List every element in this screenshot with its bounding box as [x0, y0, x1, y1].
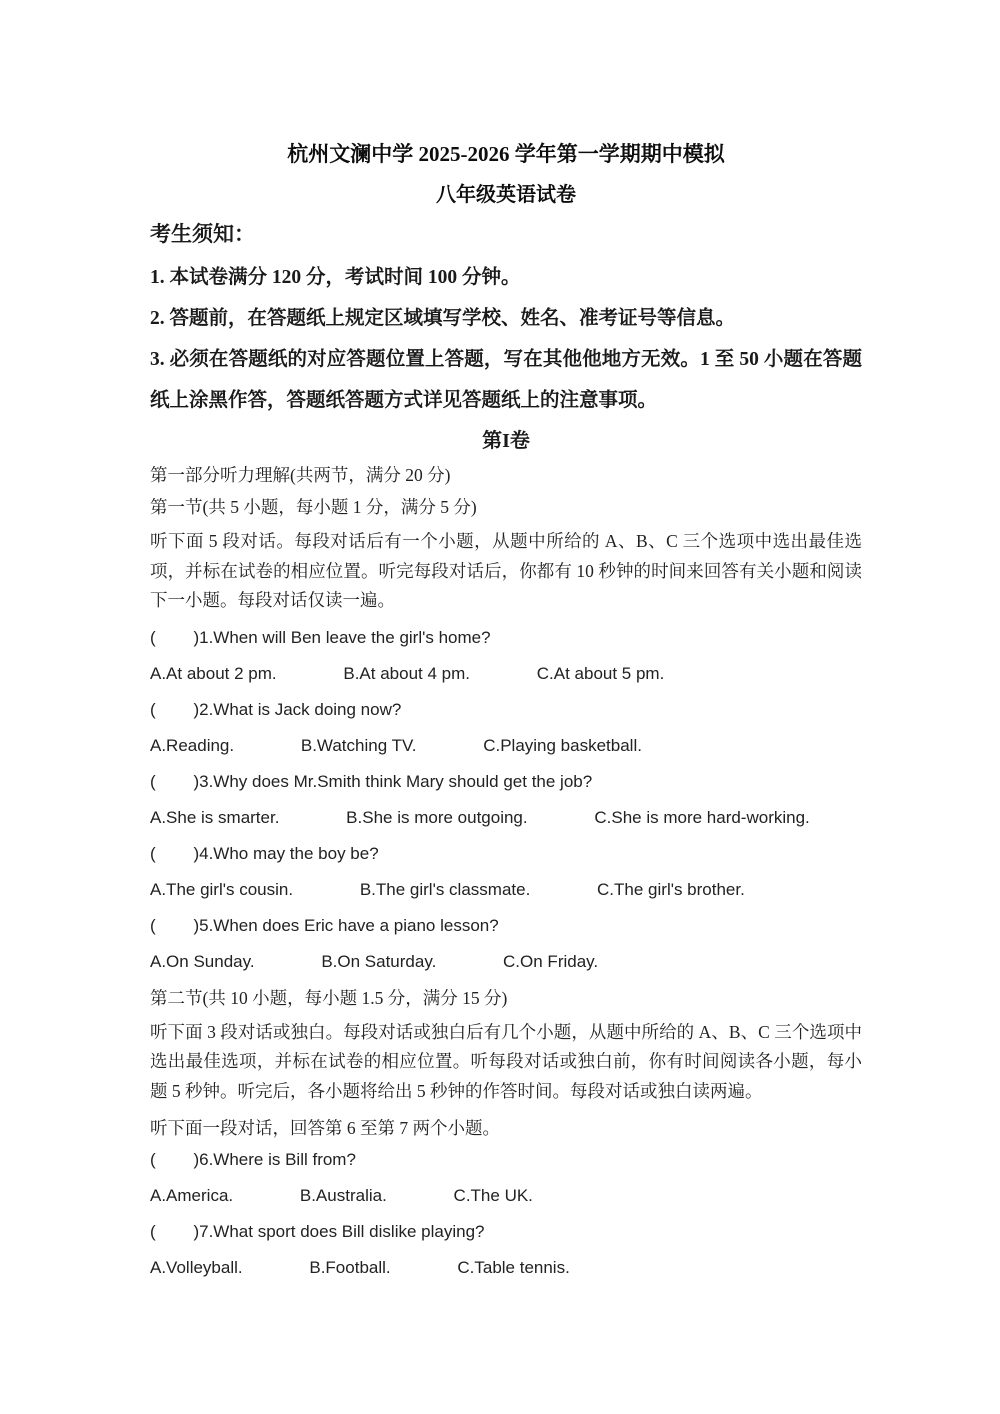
- question-4: ( )4.Who may the boy be? A.The girl's co…: [150, 842, 862, 902]
- question-5-option-b: B.On Saturday.: [321, 950, 436, 974]
- question-2-text: 2.What is Jack doing now?: [199, 700, 401, 719]
- answer-blank: ( ): [150, 844, 199, 863]
- question-3: ( )3.Why does Mr.Smith think Mary should…: [150, 770, 862, 830]
- answer-blank: ( ): [150, 700, 199, 719]
- exam-title: 杭州文澜中学 2025-2026 学年第一学期期中模拟: [150, 141, 862, 167]
- question-6-option-a: A.America.: [150, 1184, 233, 1208]
- question-1: ( )1.When will Ben leave the girl's home…: [150, 626, 862, 686]
- notice-item-3: 3. 必须在答题纸的对应答题位置上答题，写在其他他地方无效。1 至 50 小题在…: [150, 339, 862, 421]
- answer-blank: ( ): [150, 1222, 199, 1241]
- question-6-options: A.America. B.Australia. C.The UK.: [150, 1184, 862, 1208]
- question-3-option-b: B.She is more outgoing.: [346, 806, 527, 830]
- question-7-option-a: A.Volleyball.: [150, 1256, 243, 1280]
- question-5-options: A.On Sunday. B.On Saturday. C.On Friday.: [150, 950, 862, 974]
- volume-heading: 第I卷: [150, 428, 862, 454]
- question-6-text: 6.Where is Bill from?: [199, 1150, 356, 1169]
- answer-blank: ( ): [150, 1150, 199, 1169]
- notice-heading: 考生须知：: [150, 221, 862, 247]
- question-2-option-c: C.Playing basketball.: [483, 734, 642, 758]
- question-7-text: 7.What sport does Bill dislike playing?: [199, 1222, 484, 1241]
- answer-blank: ( ): [150, 916, 199, 935]
- node2-passage-intro: 听下面一段对话，回答第 6 至第 7 两个小题。: [150, 1116, 862, 1140]
- question-7-stem: ( )7.What sport does Bill dislike playin…: [150, 1220, 862, 1244]
- question-3-option-a: A.She is smarter.: [150, 806, 279, 830]
- question-7: ( )7.What sport does Bill dislike playin…: [150, 1220, 862, 1280]
- notice-item-2: 2. 答题前，在答题纸上规定区域填写学校、姓名、准考证号等信息。: [150, 298, 862, 339]
- node2-heading: 第二节(共 10 小题，每小题 1.5 分，满分 15 分): [150, 986, 862, 1010]
- question-6-stem: ( )6.Where is Bill from?: [150, 1148, 862, 1172]
- question-2-options: A.Reading. B.Watching TV. C.Playing bask…: [150, 734, 862, 758]
- question-1-text: 1.When will Ben leave the girl's home?: [199, 628, 490, 647]
- question-4-option-b: B.The girl's classmate.: [360, 878, 530, 902]
- question-4-options: A.The girl's cousin. B.The girl's classm…: [150, 878, 862, 902]
- part-one-section-heading: 第一部分听力理解(共两节，满分 20 分): [150, 463, 862, 487]
- question-7-options: A.Volleyball. B.Football. C.Table tennis…: [150, 1256, 862, 1280]
- question-5: ( )5.When does Eric have a piano lesson?…: [150, 914, 862, 974]
- question-6-option-c: C.The UK.: [454, 1184, 533, 1208]
- question-2-option-a: A.Reading.: [150, 734, 234, 758]
- question-5-option-c: C.On Friday.: [503, 950, 598, 974]
- question-6-option-b: B.Australia.: [300, 1184, 387, 1208]
- question-5-text: 5.When does Eric have a piano lesson?: [199, 916, 499, 935]
- question-6: ( )6.Where is Bill from? A.America. B.Au…: [150, 1148, 862, 1208]
- question-1-option-b: B.At about 4 pm.: [343, 662, 470, 686]
- answer-blank: ( ): [150, 628, 199, 647]
- node1-description: 听下面 5 段对话。每段对话后有一个小题，从题中所给的 A、B、C 三个选项中选…: [150, 527, 862, 616]
- question-3-stem: ( )3.Why does Mr.Smith think Mary should…: [150, 770, 862, 794]
- question-1-option-a: A.At about 2 pm.: [150, 662, 277, 686]
- question-2-option-b: B.Watching TV.: [301, 734, 417, 758]
- node2-description: 听下面 3 段对话或独白。每段对话或独白后有几个小题，从题中所给的 A、B、C …: [150, 1018, 862, 1107]
- question-4-option-c: C.The girl's brother.: [597, 878, 745, 902]
- question-2-stem: ( )2.What is Jack doing now?: [150, 698, 862, 722]
- question-3-option-c: C.She is more hard-working.: [594, 806, 809, 830]
- question-1-option-c: C.At about 5 pm.: [537, 662, 665, 686]
- question-3-text: 3.Why does Mr.Smith think Mary should ge…: [199, 772, 592, 791]
- question-3-options: A.She is smarter. B.She is more outgoing…: [150, 806, 862, 830]
- question-1-stem: ( )1.When will Ben leave the girl's home…: [150, 626, 862, 650]
- question-1-options: A.At about 2 pm. B.At about 4 pm. C.At a…: [150, 662, 862, 686]
- question-4-text: 4.Who may the boy be?: [199, 844, 379, 863]
- question-4-option-a: A.The girl's cousin.: [150, 878, 293, 902]
- exam-paper-page: 杭州文澜中学 2025-2026 学年第一学期期中模拟 八年级英语试卷 考生须知…: [150, 0, 862, 1280]
- answer-blank: ( ): [150, 772, 199, 791]
- notice-item-1: 1. 本试卷满分 120 分，考试时间 100 分钟。: [150, 257, 862, 298]
- question-5-stem: ( )5.When does Eric have a piano lesson?: [150, 914, 862, 938]
- question-2: ( )2.What is Jack doing now? A.Reading. …: [150, 698, 862, 758]
- question-7-option-c: C.Table tennis.: [457, 1256, 569, 1280]
- question-5-option-a: A.On Sunday.: [150, 950, 255, 974]
- exam-subtitle: 八年级英语试卷: [150, 182, 862, 208]
- question-7-option-b: B.Football.: [309, 1256, 390, 1280]
- question-4-stem: ( )4.Who may the boy be?: [150, 842, 862, 866]
- node1-heading: 第一节(共 5 小题，每小题 1 分，满分 5 分): [150, 495, 862, 519]
